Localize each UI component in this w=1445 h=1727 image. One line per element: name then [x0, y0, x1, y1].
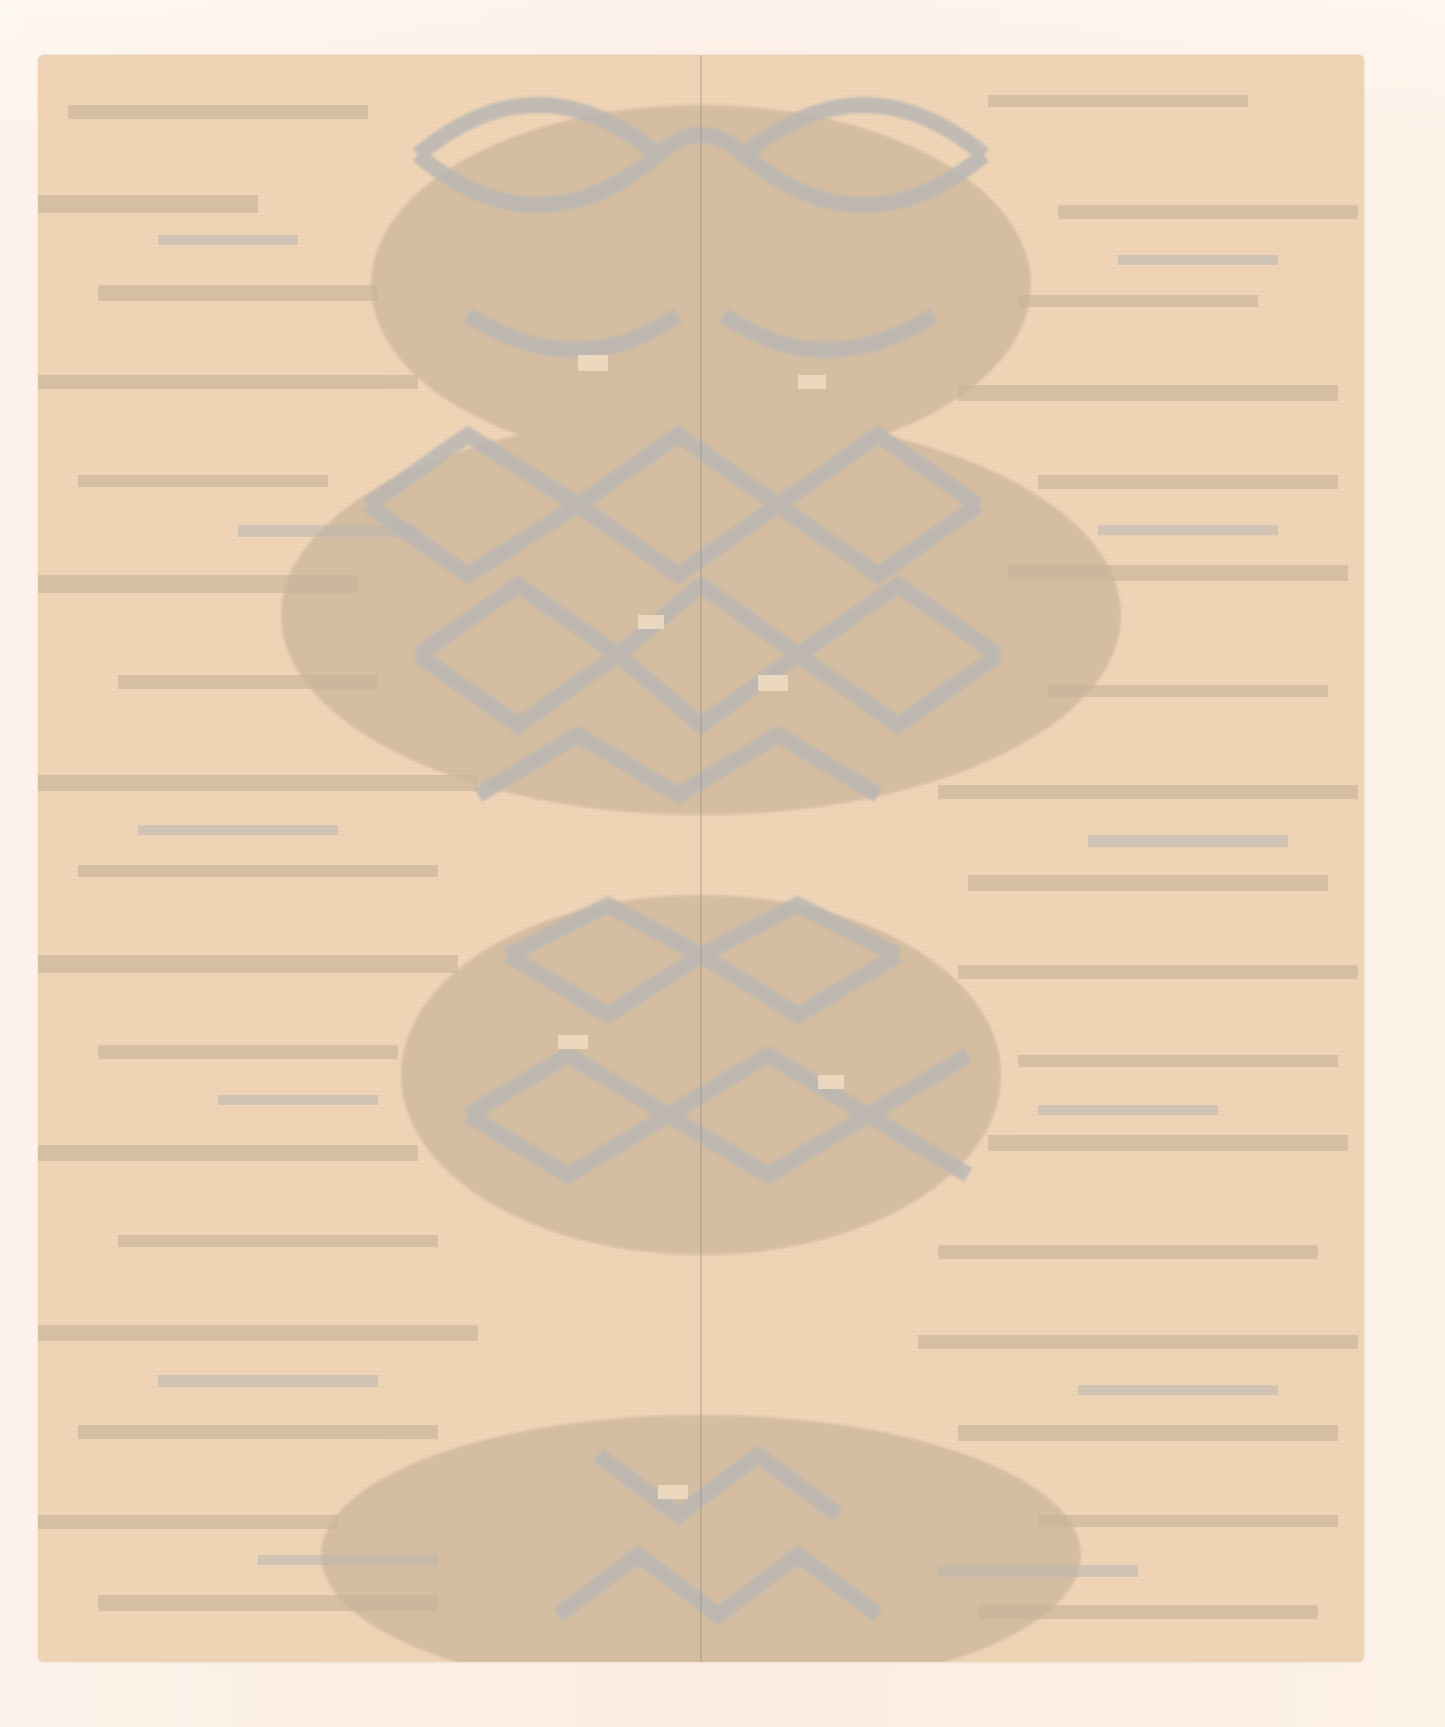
center-seam — [700, 55, 702, 1662]
rug — [38, 55, 1364, 1662]
